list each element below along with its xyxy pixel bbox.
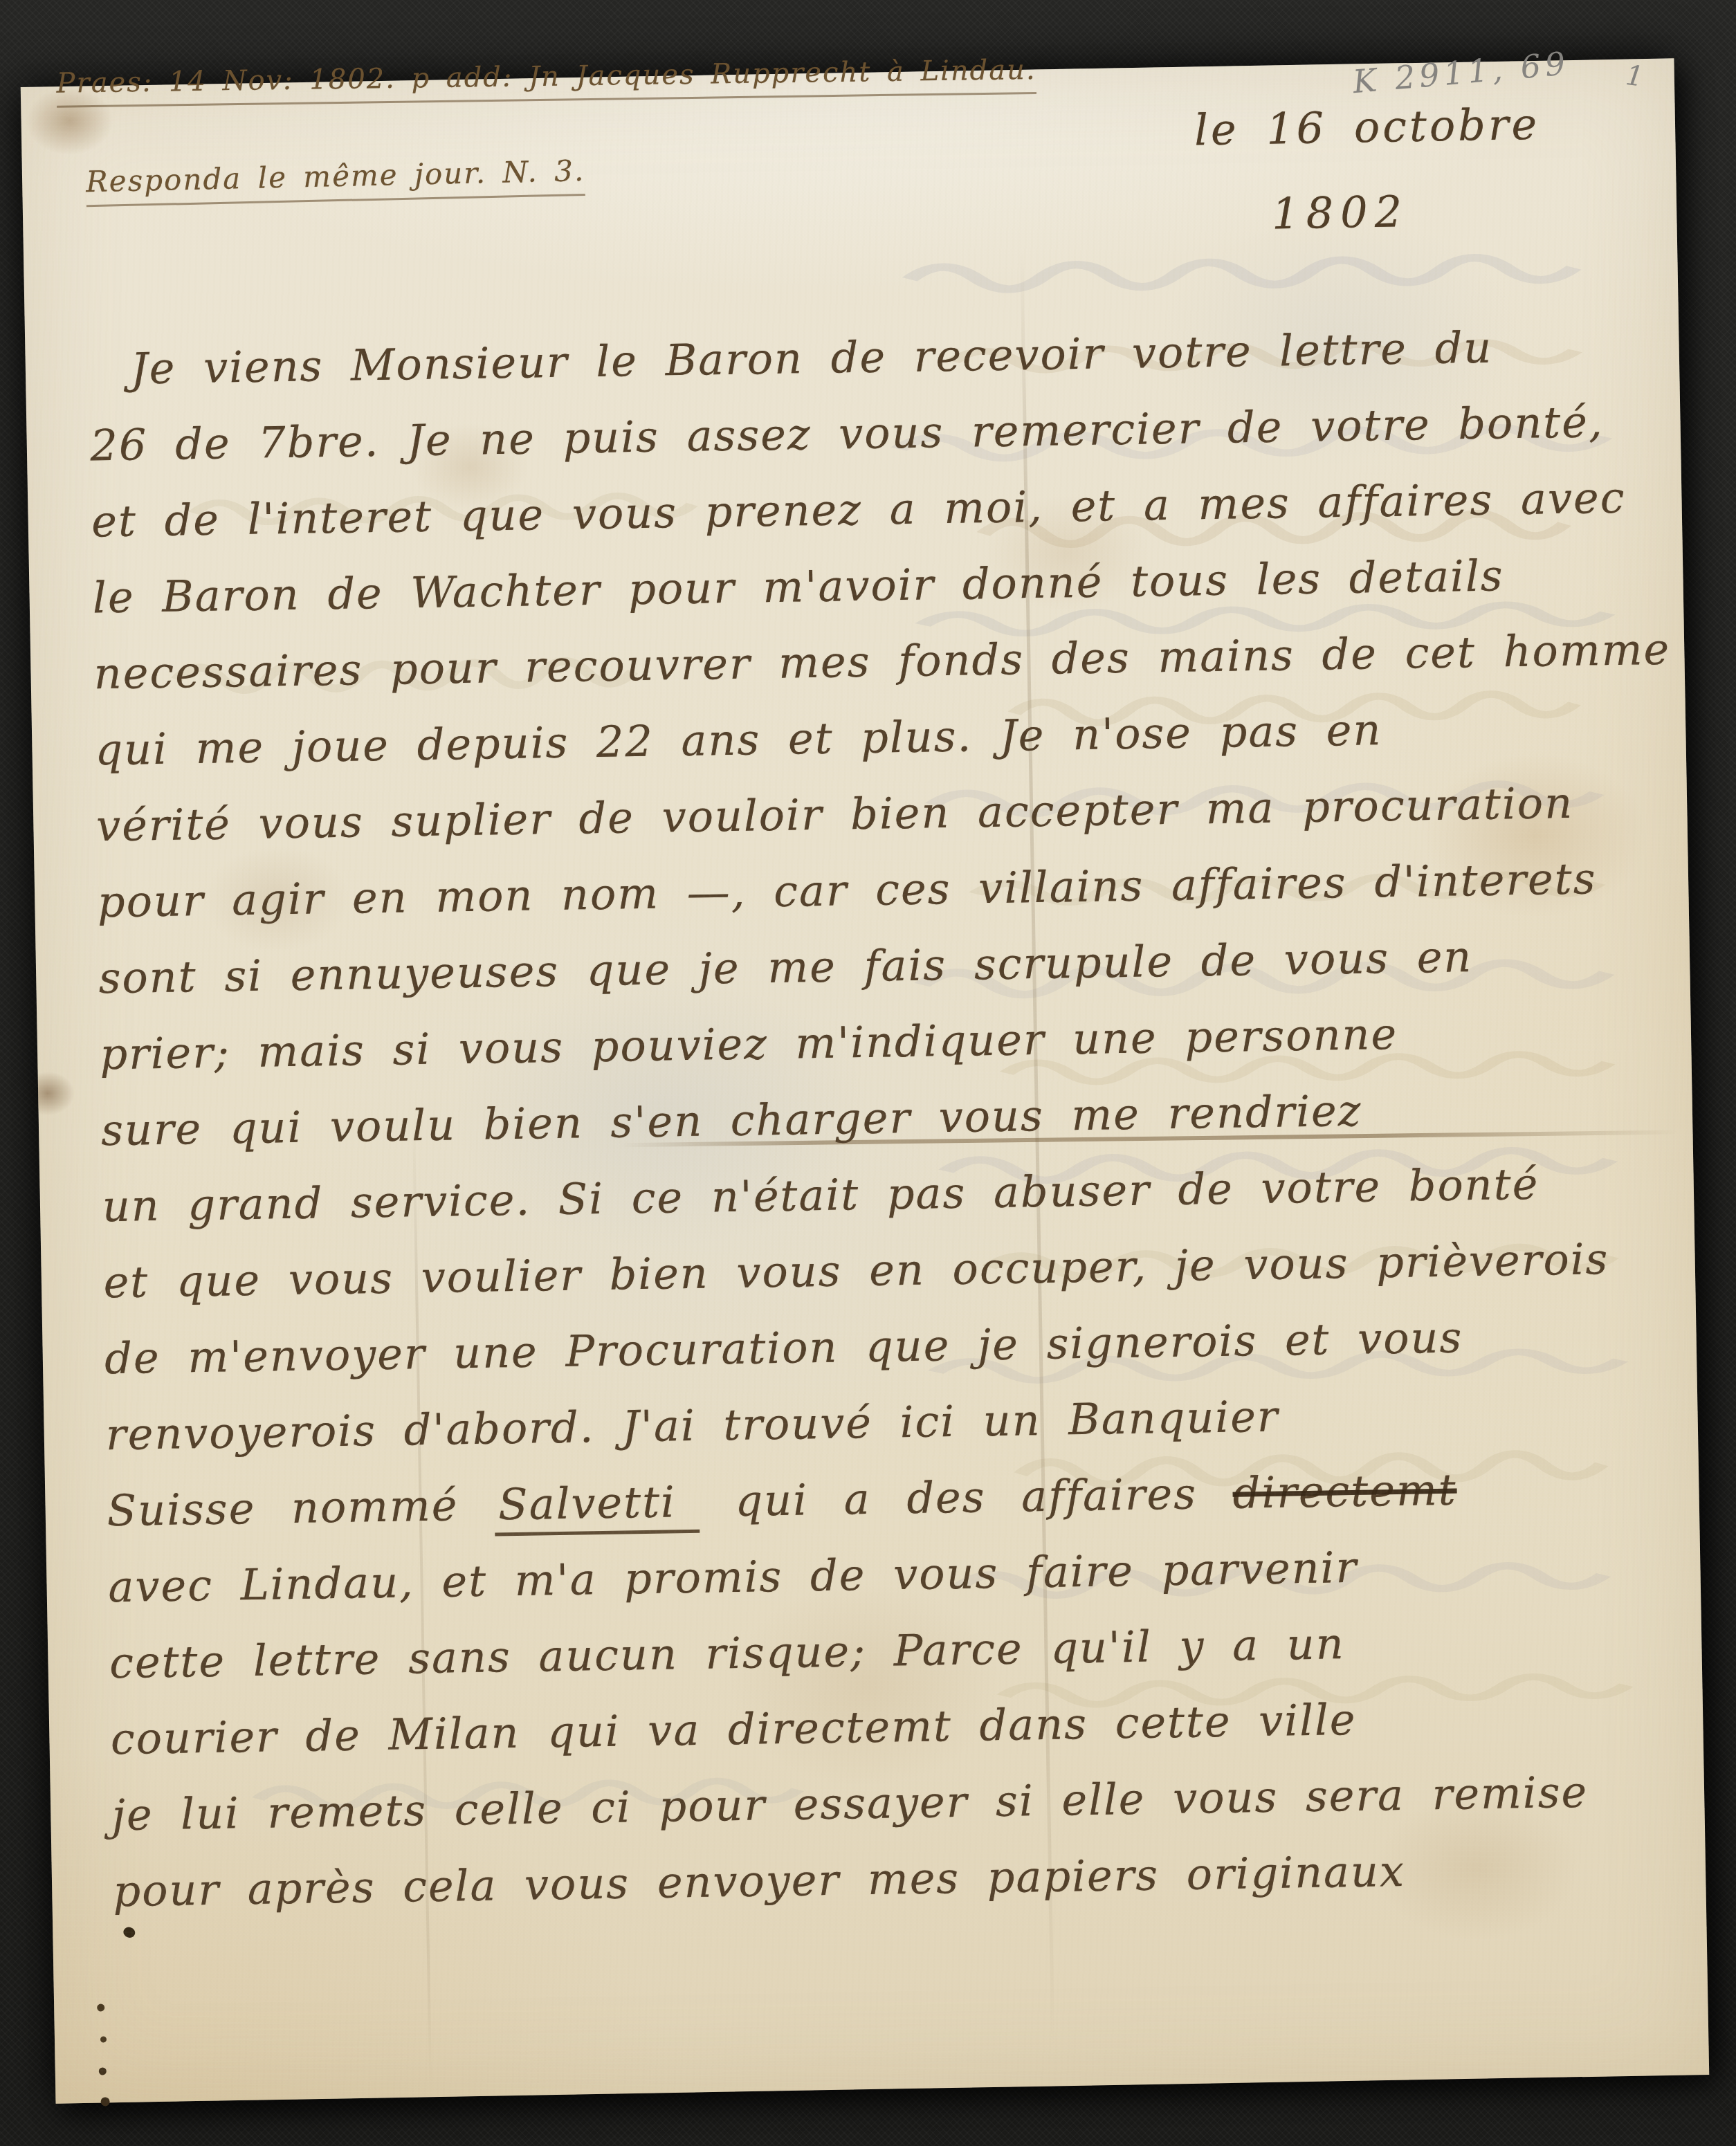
letter-page: Praes: 14 Nov: 1802. p add: Jn Jacques R… (21, 58, 1710, 2103)
salvetti-prefix: Suisse nommé (107, 1479, 495, 1536)
scan-background: { "pencil": { "catalog_number": "K 2911,… (0, 0, 1736, 2146)
salvetti-underlined-name: Salvetti (494, 1476, 700, 1537)
archival-annotation-answered: Responda le même jour. N. 3. (86, 154, 585, 199)
annotation-text: Praes: 14 Nov: 1802. p add: Jn Jacques R… (56, 54, 1036, 108)
page-number: 1 (1624, 59, 1645, 93)
salvetti-middle: qui a des affaires (699, 1468, 1233, 1527)
letter-body: Je viens Monsieur le Baron de recevoir v… (89, 309, 1694, 1932)
ink-dots (97, 2003, 104, 2011)
annotation-text: Responda le même jour. N. 3. (86, 154, 585, 207)
date-line-1: le 16 octobre (1194, 99, 1539, 156)
date-line-2: 1802 (1272, 186, 1409, 239)
salvetti-struck-word: directemt (1232, 1465, 1457, 1519)
catalog-number: K 2911, 69 (1351, 44, 1571, 100)
archival-annotation-received: Praes: 14 Nov: 1802. p add: Jn Jacques R… (56, 54, 1036, 100)
